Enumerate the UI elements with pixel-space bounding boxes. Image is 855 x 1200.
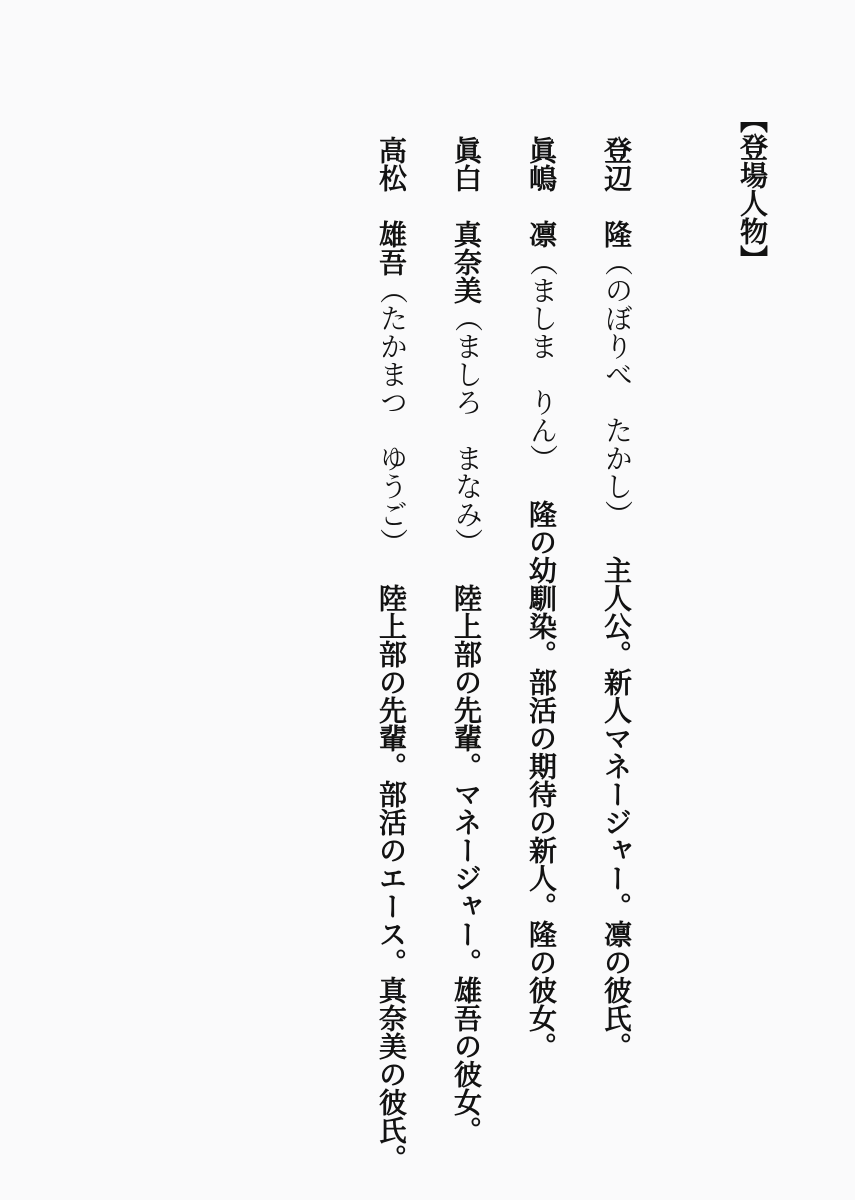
character-reading: （ましま りん） [526, 248, 557, 472]
character-description: 隆の幼馴染。部活の期待の新人。隆の彼女。 [526, 500, 557, 1060]
page-title: 【登場人物】 [738, 105, 766, 1200]
character-reading: （のぼりべ たかし） [601, 248, 632, 528]
character-name: 眞白 真奈美 [451, 136, 482, 304]
character-reading: （たかまつ ゆうご） [376, 276, 407, 556]
character-list-page: 【登場人物】 登辺 隆（のぼりべ たかし）主人公。新人マネージャー。凛の彼氏。 … [0, 0, 855, 1200]
character-reading: （ましろ まなみ） [451, 304, 482, 556]
character-name: 高松 雄吾 [376, 136, 407, 276]
character-description: 陸上部の先輩。部活のエース。真奈美の彼氏。 [376, 584, 407, 1172]
character-name: 眞嶋 凛 [526, 136, 557, 248]
character-name: 登辺 隆 [601, 136, 632, 248]
character-description: 陸上部の先輩。マネージャー。雄吾の彼女。 [451, 584, 482, 1144]
character-description: 主人公。新人マネージャー。凛の彼氏。 [601, 556, 632, 1060]
character-entry: 高松 雄吾（たかまつ ゆうご）陸上部の先輩。部活のエース。真奈美の彼氏。 [377, 105, 405, 1200]
character-entry: 眞嶋 凛（ましま りん）隆の幼馴染。部活の期待の新人。隆の彼女。 [527, 105, 555, 1200]
character-entry: 登辺 隆（のぼりべ たかし）主人公。新人マネージャー。凛の彼氏。 [602, 105, 630, 1200]
character-entry: 眞白 真奈美（ましろ まなみ）陸上部の先輩。マネージャー。雄吾の彼女。 [452, 105, 480, 1200]
